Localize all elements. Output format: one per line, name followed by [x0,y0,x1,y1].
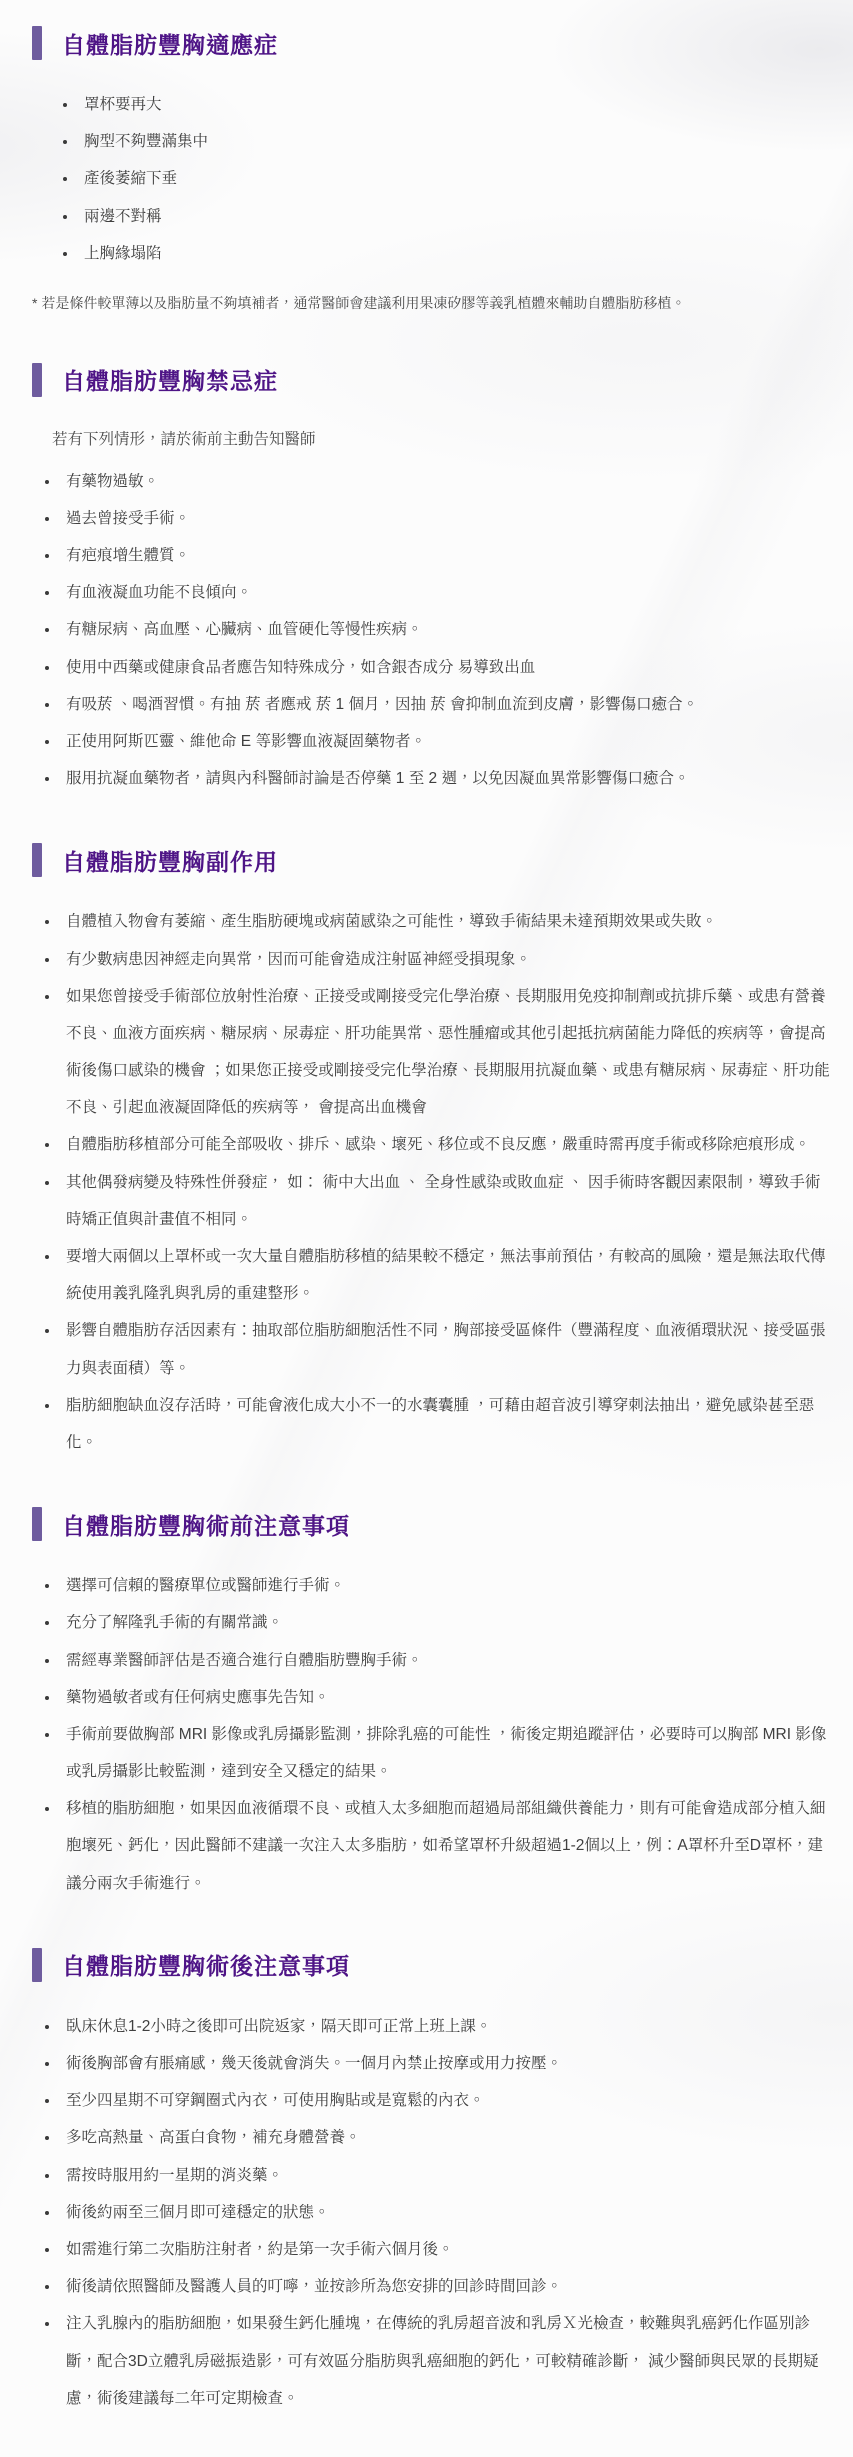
section-title: 自體脂肪豐胸術前注意事項 [14,1507,839,1541]
list-item: 需經專業醫師評估是否適合進行自體脂肪豐胸手術。 [60,1642,833,1679]
list-item: 正使用阿斯匹靈、維他命 E 等影響血液凝固藥物者。 [60,723,833,760]
list-item: 有藥物過敏。 [60,463,833,500]
section-title: 自體脂肪豐胸適應症 [14,26,839,60]
accent-bar-icon [32,363,42,397]
list-item: 藥物過敏者或有任何病史應事先告知。 [60,1679,833,1716]
list-item: 如需進行第二次脂肪注射者，約是第一次手術六個月後。 [60,2231,833,2268]
list-item: 臥床休息1-2小時之後即可出院返家，隔天即可正常上班上課。 [60,2008,833,2045]
list-item: 服用抗凝血藥物者，請與內科醫師討論是否停藥 1 至 2 週，以免因凝血異常影響傷… [60,760,833,797]
accent-bar-icon [32,1507,42,1541]
list-item: 多吃高熱量、高蛋白食物，補充身體營養。 [60,2119,833,2156]
list-item: 有血液凝血功能不良傾向。 [60,574,833,611]
list-item: 移植的脂肪細胞，如果因血液循環不良、或植入太多細胞而超過局部組織供養能力，則有可… [60,1790,833,1902]
list-item: 如果您曾接受手術部位放射性治療、正接受或剛接受完化學治療、長期服用免疫抑制劑或抗… [60,978,833,1127]
bullet-list: 罩杯要再大胸型不夠豐滿集中產後萎縮下垂兩邊不對稱上胸緣塌陷 [14,86,839,272]
bullet-list: 有藥物過敏。過去曾接受手術。有疤痕增生體質。有血液凝血功能不良傾向。有糖尿病、高… [14,463,839,798]
list-item: 產後萎縮下垂 [78,160,833,197]
list-item: 選擇可信賴的醫療單位或醫師進行手術。 [60,1567,833,1604]
section-intro: 若有下列情形，請於術前主動告知醫師 [52,423,839,457]
bullet-list: 臥床休息1-2小時之後即可出院返家，隔天即可正常上班上課。術後胸部會有脹痛感，幾… [14,2008,839,2417]
list-item: 需按時服用約一星期的消炎藥。 [60,2157,833,2194]
section-title-text: 自體脂肪豐胸術後注意事項 [62,1948,350,1981]
document: 自體脂肪豐胸適應症罩杯要再大胸型不夠豐滿集中產後萎縮下垂兩邊不對稱上胸緣塌陷* … [0,0,853,2457]
list-item: 有少數病患因神經走向異常，因而可能會造成注射區神經受損現象。 [60,941,833,978]
section-title: 自體脂肪豐胸術後注意事項 [14,1948,839,1982]
list-item: 術後胸部會有脹痛感，幾天後就會消失。一個月內禁止按摩或用力按壓。 [60,2045,833,2082]
list-item: 其他偶發病變及特殊性併發症， 如： 術中大出血 、 全身性感染或敗血症 、 因手… [60,1164,833,1238]
section-5: 自體脂肪豐胸術後注意事項臥床休息1-2小時之後即可出院返家，隔天即可正常上班上課… [14,1948,839,2417]
list-item: 有疤痕增生體質。 [60,537,833,574]
list-item: 有吸菸 、喝酒習慣。有抽 菸 者應戒 菸 1 個月，因抽 菸 會抑制血流到皮膚，… [60,686,833,723]
section-title-text: 自體脂肪豐胸術前注意事項 [62,1508,350,1541]
list-item: 胸型不夠豐滿集中 [78,123,833,160]
list-item: 兩邊不對稱 [78,198,833,235]
bullet-list: 選擇可信賴的醫療單位或醫師進行手術。充分了解隆乳手術的有關常識。需經專業醫師評估… [14,1567,839,1902]
section-title-text: 自體脂肪豐胸適應症 [62,27,278,60]
list-item: 術後約兩至三個月即可達穩定的狀態。 [60,2194,833,2231]
list-item: 罩杯要再大 [78,86,833,123]
list-item: 影響自體脂肪存活因素有：抽取部位脂肪細胞活性不同，胸部接受區條件（豐滿程度、血液… [60,1312,833,1386]
list-item: 注入乳腺內的脂肪細胞，如果發生鈣化腫塊，在傳統的乳房超音波和乳房Ｘ光檢查，較難與… [60,2305,833,2417]
list-item: 術後請依照醫師及醫護人員的叮嚀，並按診所為您安排的回診時間回診。 [60,2268,833,2305]
section-3: 自體脂肪豐胸副作用自體植入物會有萎縮、產生脂肪硬塊或病菌感染之可能性，導致手術結… [14,843,839,1461]
section-title-text: 自體脂肪豐胸副作用 [62,844,278,877]
list-item: 使用中西藥或健康食品者應告知特殊成分，如含銀杏成分 易導致出血 [60,649,833,686]
list-item: 上胸緣塌陷 [78,235,833,272]
section-note: * 若是條件較單薄以及脂肪量不夠填補者，通常醫師會建議利用果凍矽膠等義乳植體來輔… [32,290,839,317]
list-item: 自體脂肪移植部分可能全部吸收、排斥、感染、壞死、移位或不良反應，嚴重時需再度手術… [60,1126,833,1163]
section-title: 自體脂肪豐胸副作用 [14,843,839,877]
list-item: 過去曾接受手術。 [60,500,833,537]
accent-bar-icon [32,843,42,877]
list-item: 有糖尿病、高血壓、心臟病、血管硬化等慢性疾病。 [60,611,833,648]
section-4: 自體脂肪豐胸術前注意事項選擇可信賴的醫療單位或醫師進行手術。充分了解隆乳手術的有… [14,1507,839,1902]
section-title: 自體脂肪豐胸禁忌症 [14,363,839,397]
section-title-text: 自體脂肪豐胸禁忌症 [62,363,278,396]
accent-bar-icon [32,1948,42,1982]
list-item: 脂肪細胞缺血沒存活時，可能會液化成大小不一的水囊囊腫 ，可藉由超音波引導穿刺法抽… [60,1387,833,1461]
list-item: 充分了解隆乳手術的有關常識。 [60,1604,833,1641]
list-item: 手術前要做胸部 MRI 影像或乳房攝影監測，排除乳癌的可能性 ，術後定期追蹤評估… [60,1716,833,1790]
section-2: 自體脂肪豐胸禁忌症若有下列情形，請於術前主動告知醫師有藥物過敏。過去曾接受手術。… [14,363,839,798]
list-item: 至少四星期不可穿鋼圈式內衣，可使用胸貼或是寬鬆的內衣。 [60,2082,833,2119]
section-1: 自體脂肪豐胸適應症罩杯要再大胸型不夠豐滿集中產後萎縮下垂兩邊不對稱上胸緣塌陷* … [14,26,839,317]
bullet-list: 自體植入物會有萎縮、產生脂肪硬塊或病菌感染之可能性，導致手術結果未達預期效果或失… [14,903,839,1461]
accent-bar-icon [32,26,42,60]
list-item: 自體植入物會有萎縮、產生脂肪硬塊或病菌感染之可能性，導致手術結果未達預期效果或失… [60,903,833,940]
list-item: 要增大兩個以上罩杯或一次大量自體脂肪移植的結果較不穩定，無法事前預估，有較高的風… [60,1238,833,1312]
